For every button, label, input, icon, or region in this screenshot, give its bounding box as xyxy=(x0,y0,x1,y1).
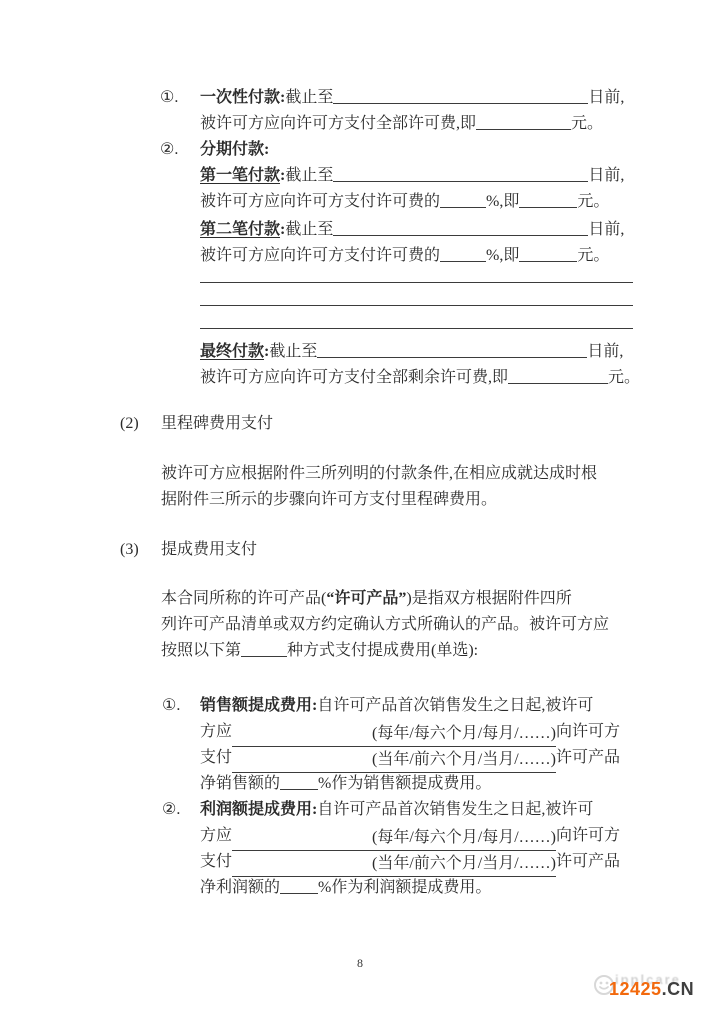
blank-one-time-amount xyxy=(476,115,571,130)
licensed-product-text: 许可产品 xyxy=(556,749,620,766)
period-fill-group: (当年/前六个月/当月/……) xyxy=(232,748,556,773)
yuan-text: 元。 xyxy=(571,115,603,132)
section-3-paragraph-line-2: 列许可产品清单或双方约定确认方式所确认的产品。被许可方应 xyxy=(161,613,609,637)
pay-remaining-fee-text: 被许可方应向许可方支付全部剩余许可费,即 xyxy=(200,369,508,386)
yuan-text: 元。 xyxy=(608,369,640,386)
deadline-text: 截止至 xyxy=(285,167,333,184)
section-2-marker: (2) xyxy=(120,412,139,436)
frequency-fill-group: (每年/每六个月/每月/……) xyxy=(232,722,556,747)
net-profit-text: 净利润额的 xyxy=(200,879,280,896)
method-number-pre-text: 按照以下第 xyxy=(161,642,241,659)
deadline-text: 截止至 xyxy=(285,221,333,238)
blank-second-installment-percent xyxy=(440,247,486,262)
blank-royalty-method-number xyxy=(241,642,287,657)
deadline-text: 截止至 xyxy=(285,89,333,106)
section-3-marker: (3) xyxy=(120,538,139,562)
blank-profit-percent xyxy=(280,879,318,894)
percent-comma-text: %, xyxy=(486,193,503,210)
period-options-text: (当年/前六个月/当月/……) xyxy=(372,855,556,872)
licensed-product-post-text: )是指双方根据附件四所 xyxy=(406,590,571,607)
sales-royalty-label: 销售额提成费用: xyxy=(200,697,317,714)
first-installment-line-1: 第一笔付款:截止至日前, xyxy=(200,164,624,188)
sales-royalty-line-3: 支付(当年/前六个月/当月/……)许可产品 xyxy=(200,746,620,771)
as-sales-royalty-text: %作为销售额提成费用。 xyxy=(318,775,491,792)
sales-royalty-intro-text: 自许可产品首次销售发生之日起,被许可 xyxy=(317,697,593,714)
blank-profit-frequency xyxy=(232,830,372,844)
before-date-text: 日前, xyxy=(588,221,624,238)
net-sales-text: 净销售额的 xyxy=(200,775,280,792)
royalty-item-2-marker: ②. xyxy=(162,798,180,822)
profit-royalty-line-2: 方应(每年/每六个月/每月/……)向许可方 xyxy=(200,824,620,849)
party-shall-text: 方应 xyxy=(200,723,232,740)
blank-first-installment-date xyxy=(333,167,588,182)
licensed-product-term: “许可产品” xyxy=(326,590,406,607)
blank-one-time-date xyxy=(333,89,588,104)
one-time-payment-line-1: 一次性付款:截止至日前, xyxy=(200,86,624,110)
section-3-title: 提成费用支付 xyxy=(161,538,257,562)
profit-royalty-label: 利润额提成费用: xyxy=(200,801,317,818)
that-is-text: 即 xyxy=(503,193,519,210)
list-item-1-marker: ①. xyxy=(160,86,178,110)
period-options-text: (当年/前六个月/当月/……) xyxy=(372,751,556,768)
blank-sales-percent xyxy=(280,775,318,790)
period-fill-group: (当年/前六个月/当月/……) xyxy=(232,852,556,877)
pay-text: 支付 xyxy=(200,749,232,766)
blank-second-installment-date xyxy=(333,221,588,236)
section-3-paragraph-line-1: 本合同所称的许可产品(“许可产品”)是指双方根据附件四所 xyxy=(161,587,572,611)
one-time-payment-label: 一次性付款: xyxy=(200,89,285,106)
pay-percent-text: 被许可方应向许可方支付许可费的 xyxy=(200,193,440,210)
list-item-2-marker: ②. xyxy=(160,138,178,162)
to-licensor-text: 向许可方 xyxy=(556,723,620,740)
one-time-payment-line-2: 被许可方应向许可方支付全部许可费,即元。 xyxy=(200,112,603,136)
installment-payment-heading: 分期付款: xyxy=(200,138,269,162)
party-shall-text: 方应 xyxy=(200,827,232,844)
blank-sales-period xyxy=(232,752,372,766)
installment-payment-label: 分期付款: xyxy=(200,141,269,158)
profit-royalty-intro-text: 自许可产品首次销售发生之日起,被许可 xyxy=(317,801,593,818)
blank-first-installment-amount xyxy=(519,193,577,208)
final-installment-label: 最终付款 xyxy=(200,343,264,360)
section-3-paragraph-line-3: 按照以下第种方式支付提成费用(单选): xyxy=(161,639,478,663)
section-2-paragraph-line-2: 据附件三所示的步骤向许可方支付里程碑费用。 xyxy=(161,488,497,512)
pay-all-fee-text: 被许可方应向许可方支付全部许可费,即 xyxy=(200,115,476,132)
watermark-brand-tld: .CN xyxy=(662,979,695,999)
blank-first-installment-percent xyxy=(440,193,486,208)
watermark: ipplcare 12425.CN xyxy=(593,962,718,1002)
blank-extra-installment-row-1 xyxy=(200,282,633,283)
blank-final-installment-date xyxy=(317,343,587,358)
profit-royalty-line-1: 利润额提成费用:自许可产品首次销售发生之日起,被许可 xyxy=(200,798,593,822)
section-2-paragraph-line-1: 被许可方应根据附件三所列明的付款条件,在相应成就达成时根 xyxy=(161,462,597,486)
sales-royalty-line-4: 净销售额的%作为销售额提成费用。 xyxy=(200,772,491,796)
first-installment-line-2: 被许可方应向许可方支付许可费的%,即元。 xyxy=(200,190,609,214)
first-installment-label: 第一笔付款 xyxy=(200,167,280,184)
licensed-product-text: 许可产品 xyxy=(556,853,620,870)
before-date-text: 日前, xyxy=(588,89,624,106)
deadline-text: 截止至 xyxy=(269,343,317,360)
royalty-item-1-marker: ①. xyxy=(162,694,180,718)
final-installment-line-1: 最终付款:截止至日前, xyxy=(200,340,623,364)
before-date-text: 日前, xyxy=(587,343,623,360)
before-date-text: 日前, xyxy=(588,167,624,184)
blank-extra-installment-row-2 xyxy=(200,305,633,306)
frequency-options-text: (每年/每六个月/每月/……) xyxy=(372,829,556,846)
percent-comma-text: %, xyxy=(486,247,503,264)
blank-final-installment-amount xyxy=(508,369,608,384)
blank-sales-frequency xyxy=(232,726,372,740)
second-installment-line-1: 第二笔付款:截止至日前, xyxy=(200,218,624,242)
contract-page: ①. 一次性付款:截止至日前, 被许可方应向许可方支付全部许可费,即元。 ②. … xyxy=(0,0,720,1018)
watermark-brand-text: 12425.CN xyxy=(609,979,694,1000)
frequency-options-text: (每年/每六个月/每月/……) xyxy=(372,725,556,742)
sales-royalty-line-2: 方应(每年/每六个月/每月/……)向许可方 xyxy=(200,720,620,745)
to-licensor-text: 向许可方 xyxy=(556,827,620,844)
as-profit-royalty-text: %作为利润额提成费用。 xyxy=(318,879,491,896)
final-installment-line-2: 被许可方应向许可方支付全部剩余许可费,即元。 xyxy=(200,366,640,390)
profit-royalty-line-3: 支付(当年/前六个月/当月/……)许可产品 xyxy=(200,850,620,875)
frequency-fill-group: (每年/每六个月/每月/……) xyxy=(232,826,556,851)
blank-profit-period xyxy=(232,856,372,870)
pay-text: 支付 xyxy=(200,853,232,870)
profit-royalty-line-4: 净利润额的%作为利润额提成费用。 xyxy=(200,876,491,900)
blank-second-installment-amount xyxy=(519,247,577,262)
sales-royalty-line-1: 销售额提成费用:自许可产品首次销售发生之日起,被许可 xyxy=(200,694,593,718)
pay-percent-text: 被许可方应向许可方支付许可费的 xyxy=(200,247,440,264)
watermark-brand-number: 12425 xyxy=(609,979,662,999)
yuan-text: 元。 xyxy=(577,247,609,264)
that-is-text: 即 xyxy=(503,247,519,264)
licensed-product-pre-text: 本合同所称的许可产品( xyxy=(161,590,326,607)
yuan-text: 元。 xyxy=(577,193,609,210)
second-installment-label: 第二笔付款 xyxy=(200,221,280,238)
section-2-title: 里程碑费用支付 xyxy=(161,412,273,436)
blank-extra-installment-row-3 xyxy=(200,328,633,329)
method-number-post-text: 种方式支付提成费用(单选): xyxy=(287,642,478,659)
second-installment-line-2: 被许可方应向许可方支付许可费的%,即元。 xyxy=(200,244,609,268)
